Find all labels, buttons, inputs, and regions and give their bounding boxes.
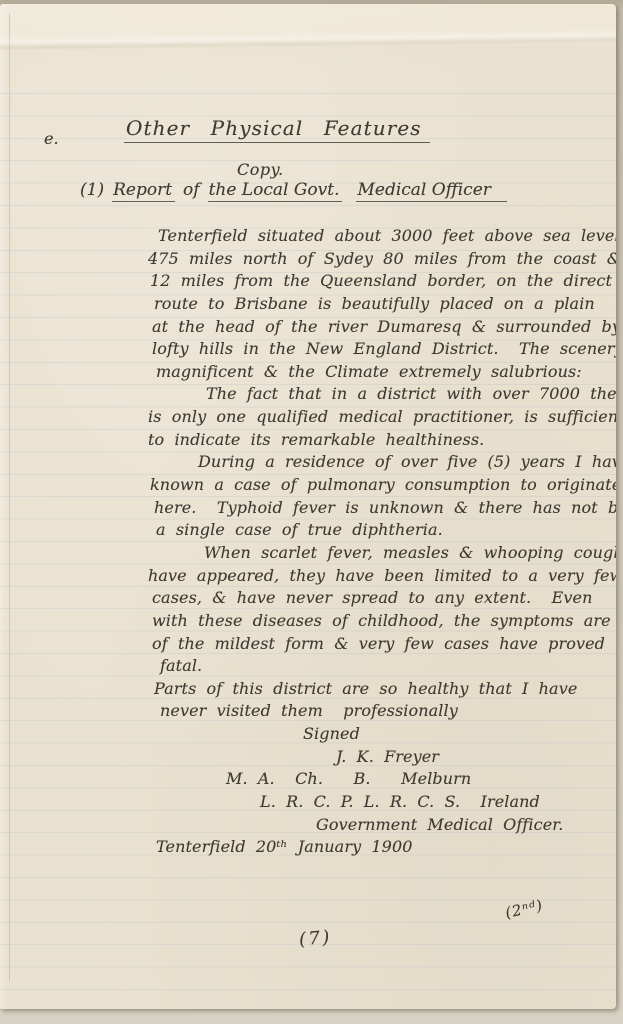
scanned-document: e. Other Physical Features Copy. (1)Repo…: [0, 0, 623, 1024]
paper-sheet: e. Other Physical Features Copy. (1)Repo…: [0, 4, 616, 1009]
manuscript-line: route to Brisbane is beautifully placed …: [148, 293, 616, 316]
manuscript-line: is only one qualified medical practition…: [148, 406, 616, 429]
fold-crease: [0, 28, 616, 51]
report-officer: Medical Officer: [356, 180, 506, 202]
corner-annotation: (2ⁿᵈ): [503, 896, 544, 922]
copy-label: Copy.: [237, 160, 284, 179]
manuscript-line: 475 miles north of Sydey 80 miles from t…: [148, 248, 616, 271]
manuscript-line: of the mildest form & very few cases hav…: [148, 633, 616, 656]
manuscript-line: to indicate its remarkable healthiness.: [148, 429, 616, 452]
manuscript-line: here. Typhoid fever is unknown & there h…: [148, 497, 616, 520]
report-connector: of: [183, 180, 200, 200]
manuscript-line: L. R. C. P. L. R. C. S. Ireland: [148, 791, 616, 814]
page-number: (7): [298, 927, 333, 951]
report-authority: the Local Govt.: [208, 180, 343, 202]
manuscript-line: Government Medical Officer.: [148, 814, 616, 837]
manuscript-line: a single case of true diphtheria.: [148, 519, 616, 542]
manuscript-line: cases, & have never spread to any extent…: [148, 587, 616, 610]
manuscript-line: with these diseases of childhood, the sy…: [148, 610, 616, 633]
margin-rule-line: [9, 13, 10, 981]
manuscript-line: at the head of the river Dumaresq & surr…: [148, 316, 616, 339]
manuscript-line: J. K. Freyer: [148, 746, 616, 769]
manuscript-line: have appeared, they have been limited to…: [148, 565, 616, 588]
manuscript-line: known a case of pulmonary consumption to…: [148, 474, 616, 497]
report-heading: (1)Reportofthe Local Govt.Medical Office…: [80, 180, 515, 202]
manuscript-line: When scarlet fever, measles & whooping c…: [148, 542, 616, 565]
manuscript-line: magnificent & the Climate extremely salu…: [148, 361, 616, 384]
manuscript-line: M. A. Ch. B. Melburn: [148, 768, 616, 791]
manuscript-line: Signed: [148, 723, 616, 746]
manuscript-line: During a residence of over five (5) year…: [148, 451, 616, 474]
manuscript-line: Tenterfield 20ᵗʰ January 1900: [148, 836, 616, 859]
body-text: Tenterfield situated about 3000 feet abo…: [148, 225, 616, 859]
manuscript-line: fatal.: [148, 655, 616, 678]
margin-note: e.: [44, 129, 59, 148]
report-word: Report: [112, 180, 175, 202]
manuscript-line: never visited them professionally: [148, 700, 616, 723]
report-number: (1): [80, 180, 104, 200]
manuscript-line: Parts of this district are so healthy th…: [148, 678, 616, 701]
page-title: Other Physical Features: [124, 116, 430, 143]
manuscript-line: The fact that in a district with over 70…: [148, 383, 616, 406]
manuscript-line: 12 miles from the Queensland border, on …: [148, 270, 616, 293]
manuscript-line: lofty hills in the New England District.…: [148, 338, 616, 361]
manuscript-line: Tenterfield situated about 3000 feet abo…: [148, 225, 616, 248]
